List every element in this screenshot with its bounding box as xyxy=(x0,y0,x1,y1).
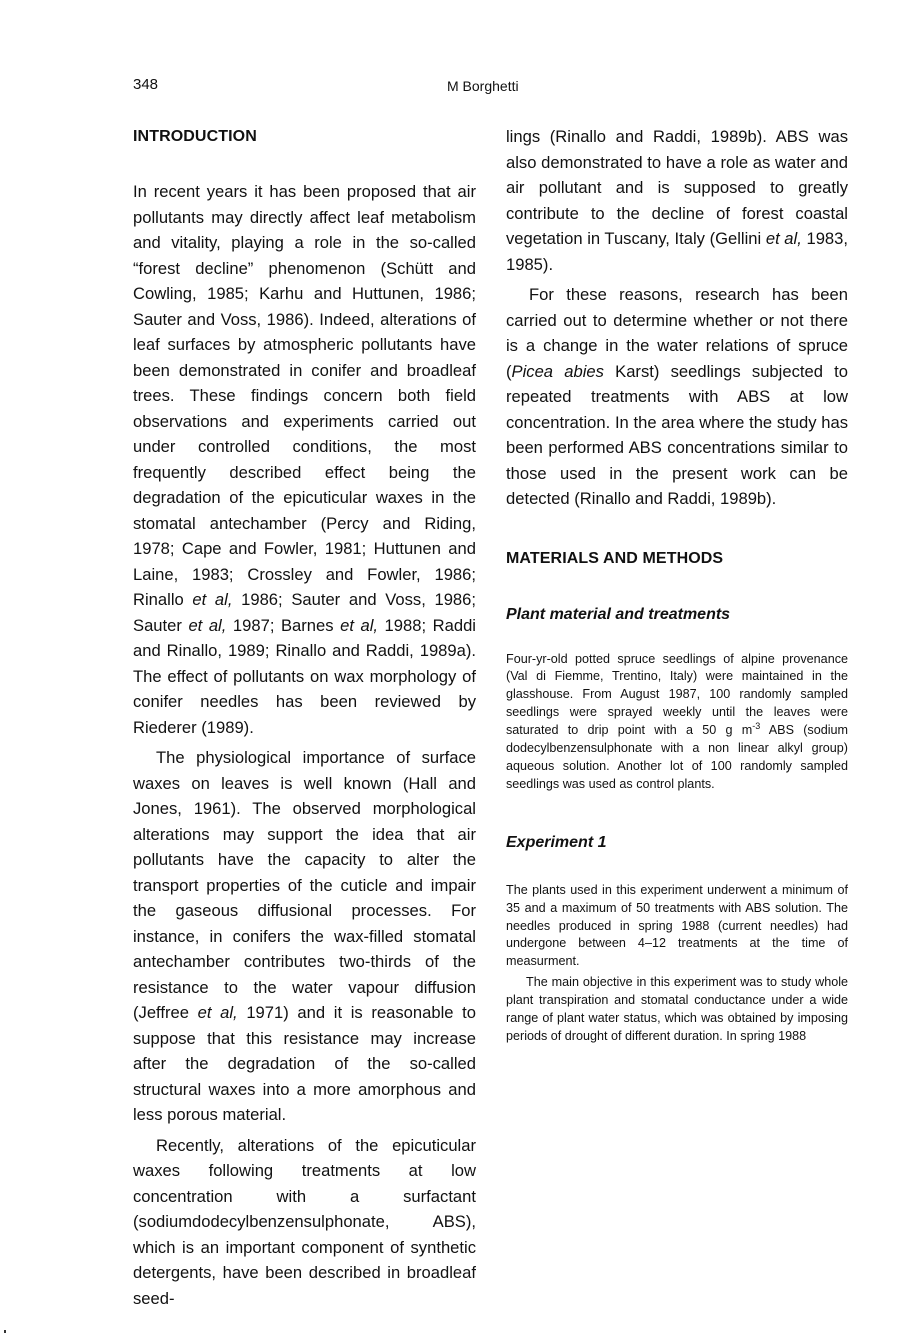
experiment-1-paragraph-1: The plants used in this experiment under… xyxy=(506,882,848,972)
plant-material-paragraph: Four-yr-old potted spruce seedlings of a… xyxy=(506,651,848,794)
running-head: M Borghetti xyxy=(447,78,519,94)
left-column: INTRODUCTION In recent years it has been… xyxy=(133,128,476,1311)
plant-material-heading: Plant material and treatments xyxy=(506,606,848,624)
intro-paragraph-1: In recent years it has been proposed tha… xyxy=(133,179,476,740)
intro-paragraph-3: Recently, alterations of the epicuticula… xyxy=(133,1133,476,1312)
intro-paragraph-4: For these reasons, research has been car… xyxy=(506,282,848,512)
methods-heading: MATERIALS AND METHODS xyxy=(506,550,848,568)
right-column: lings (Rinallo and Raddi, 1989b). ABS wa… xyxy=(506,128,848,1046)
intro-paragraph-2: The physiological importance of surface … xyxy=(133,745,476,1128)
experiment-1-paragraph-2: The main objective in this experiment wa… xyxy=(506,974,848,1046)
intro-paragraph-3-continued: lings (Rinallo and Raddi, 1989b). ABS wa… xyxy=(506,124,848,277)
experiment-1-heading: Experiment 1 xyxy=(506,834,848,852)
introduction-heading: INTRODUCTION xyxy=(133,128,476,146)
page-number: 348 xyxy=(133,76,158,93)
